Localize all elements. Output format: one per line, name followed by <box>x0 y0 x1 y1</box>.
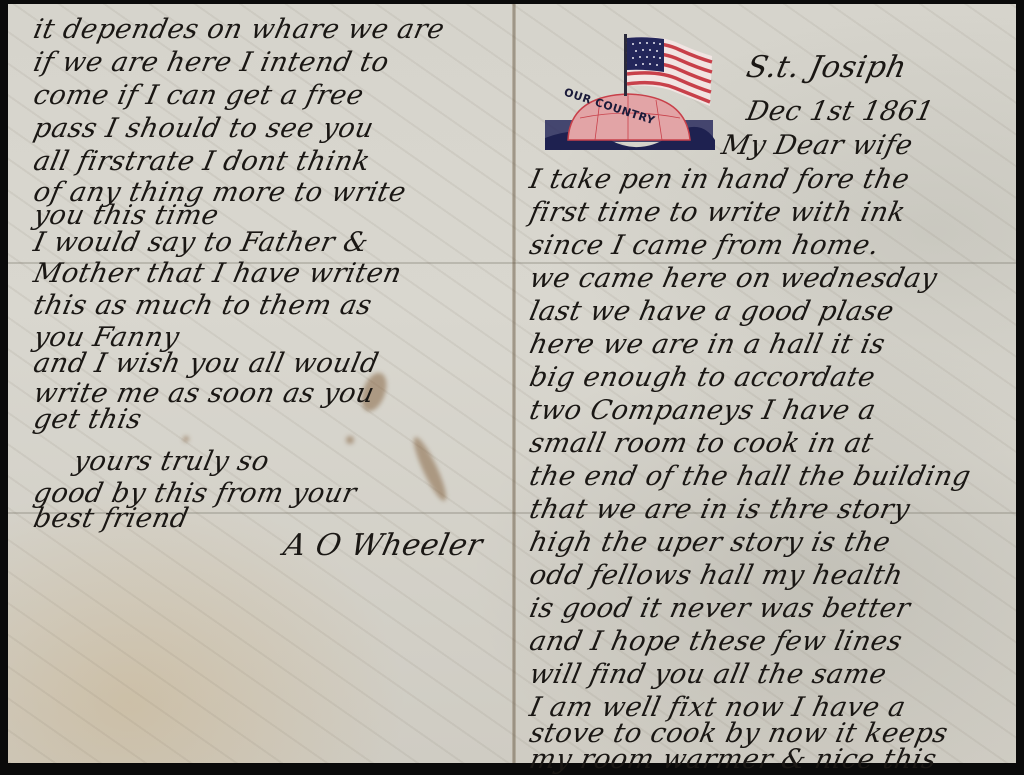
handwritten-line: Mother that I have writen <box>31 258 405 289</box>
handwritten-line: I would say to Father & <box>31 227 372 258</box>
handwritten-line: will find you all the same <box>527 659 890 690</box>
handwritten-line: if we are here I intend to <box>31 47 392 78</box>
handwritten-line: it dependes on whare we are <box>31 14 448 45</box>
ink-stain <box>409 434 451 503</box>
signature: A O Wheeler <box>280 528 486 563</box>
ink-spot <box>346 436 354 444</box>
handwritten-line: all firstrate I dont think <box>31 146 373 177</box>
handwritten-line: since I came from home. <box>527 230 882 261</box>
handwritten-line: last we have a good plase <box>527 296 897 327</box>
handwritten-line: this as much to them as <box>31 290 375 321</box>
handwritten-line: come if I can get a free <box>31 80 367 111</box>
letter-salutation: My Dear wife <box>719 130 916 161</box>
handwritten-line: and I wish you all would <box>31 348 382 379</box>
letter-place: S.t. Josiph <box>743 50 910 85</box>
letter-date: Dec 1st 1861 <box>744 96 937 127</box>
handwritten-line: we came here on wednesday <box>527 263 940 294</box>
ink-spot <box>183 436 189 442</box>
handwritten-line: the end of the hall the building <box>527 461 974 492</box>
letterhead-emblem: OUR COUNTRY <box>540 28 720 168</box>
handwritten-line: here we are in a hall it is <box>527 329 888 360</box>
closing-line: best friend <box>31 503 192 534</box>
handwritten-line: big enough to accordate <box>527 362 879 393</box>
handwritten-line: I take pen in hand fore the <box>527 164 913 195</box>
handwritten-line: two Companeys I have a <box>527 395 879 426</box>
handwritten-line: and I hope these few lines <box>527 626 905 657</box>
handwritten-line: that we are in is thre story <box>527 494 913 525</box>
handwritten-line: odd fellows hall my health <box>527 560 906 591</box>
handwritten-line: get this <box>31 404 145 435</box>
handwritten-line: small room to cook in at <box>527 428 876 459</box>
handwritten-line: high the uper story is the <box>527 527 894 558</box>
handwritten-line: first time to write with ink <box>527 197 909 228</box>
center-fold-crease <box>512 4 516 763</box>
closing-line: yours truly so <box>71 446 273 477</box>
handwritten-line: pass I should to see you <box>31 113 377 144</box>
handwritten-line: is good it never was better <box>527 593 913 624</box>
handwritten-line: my room warmer & nice this <box>527 744 940 775</box>
